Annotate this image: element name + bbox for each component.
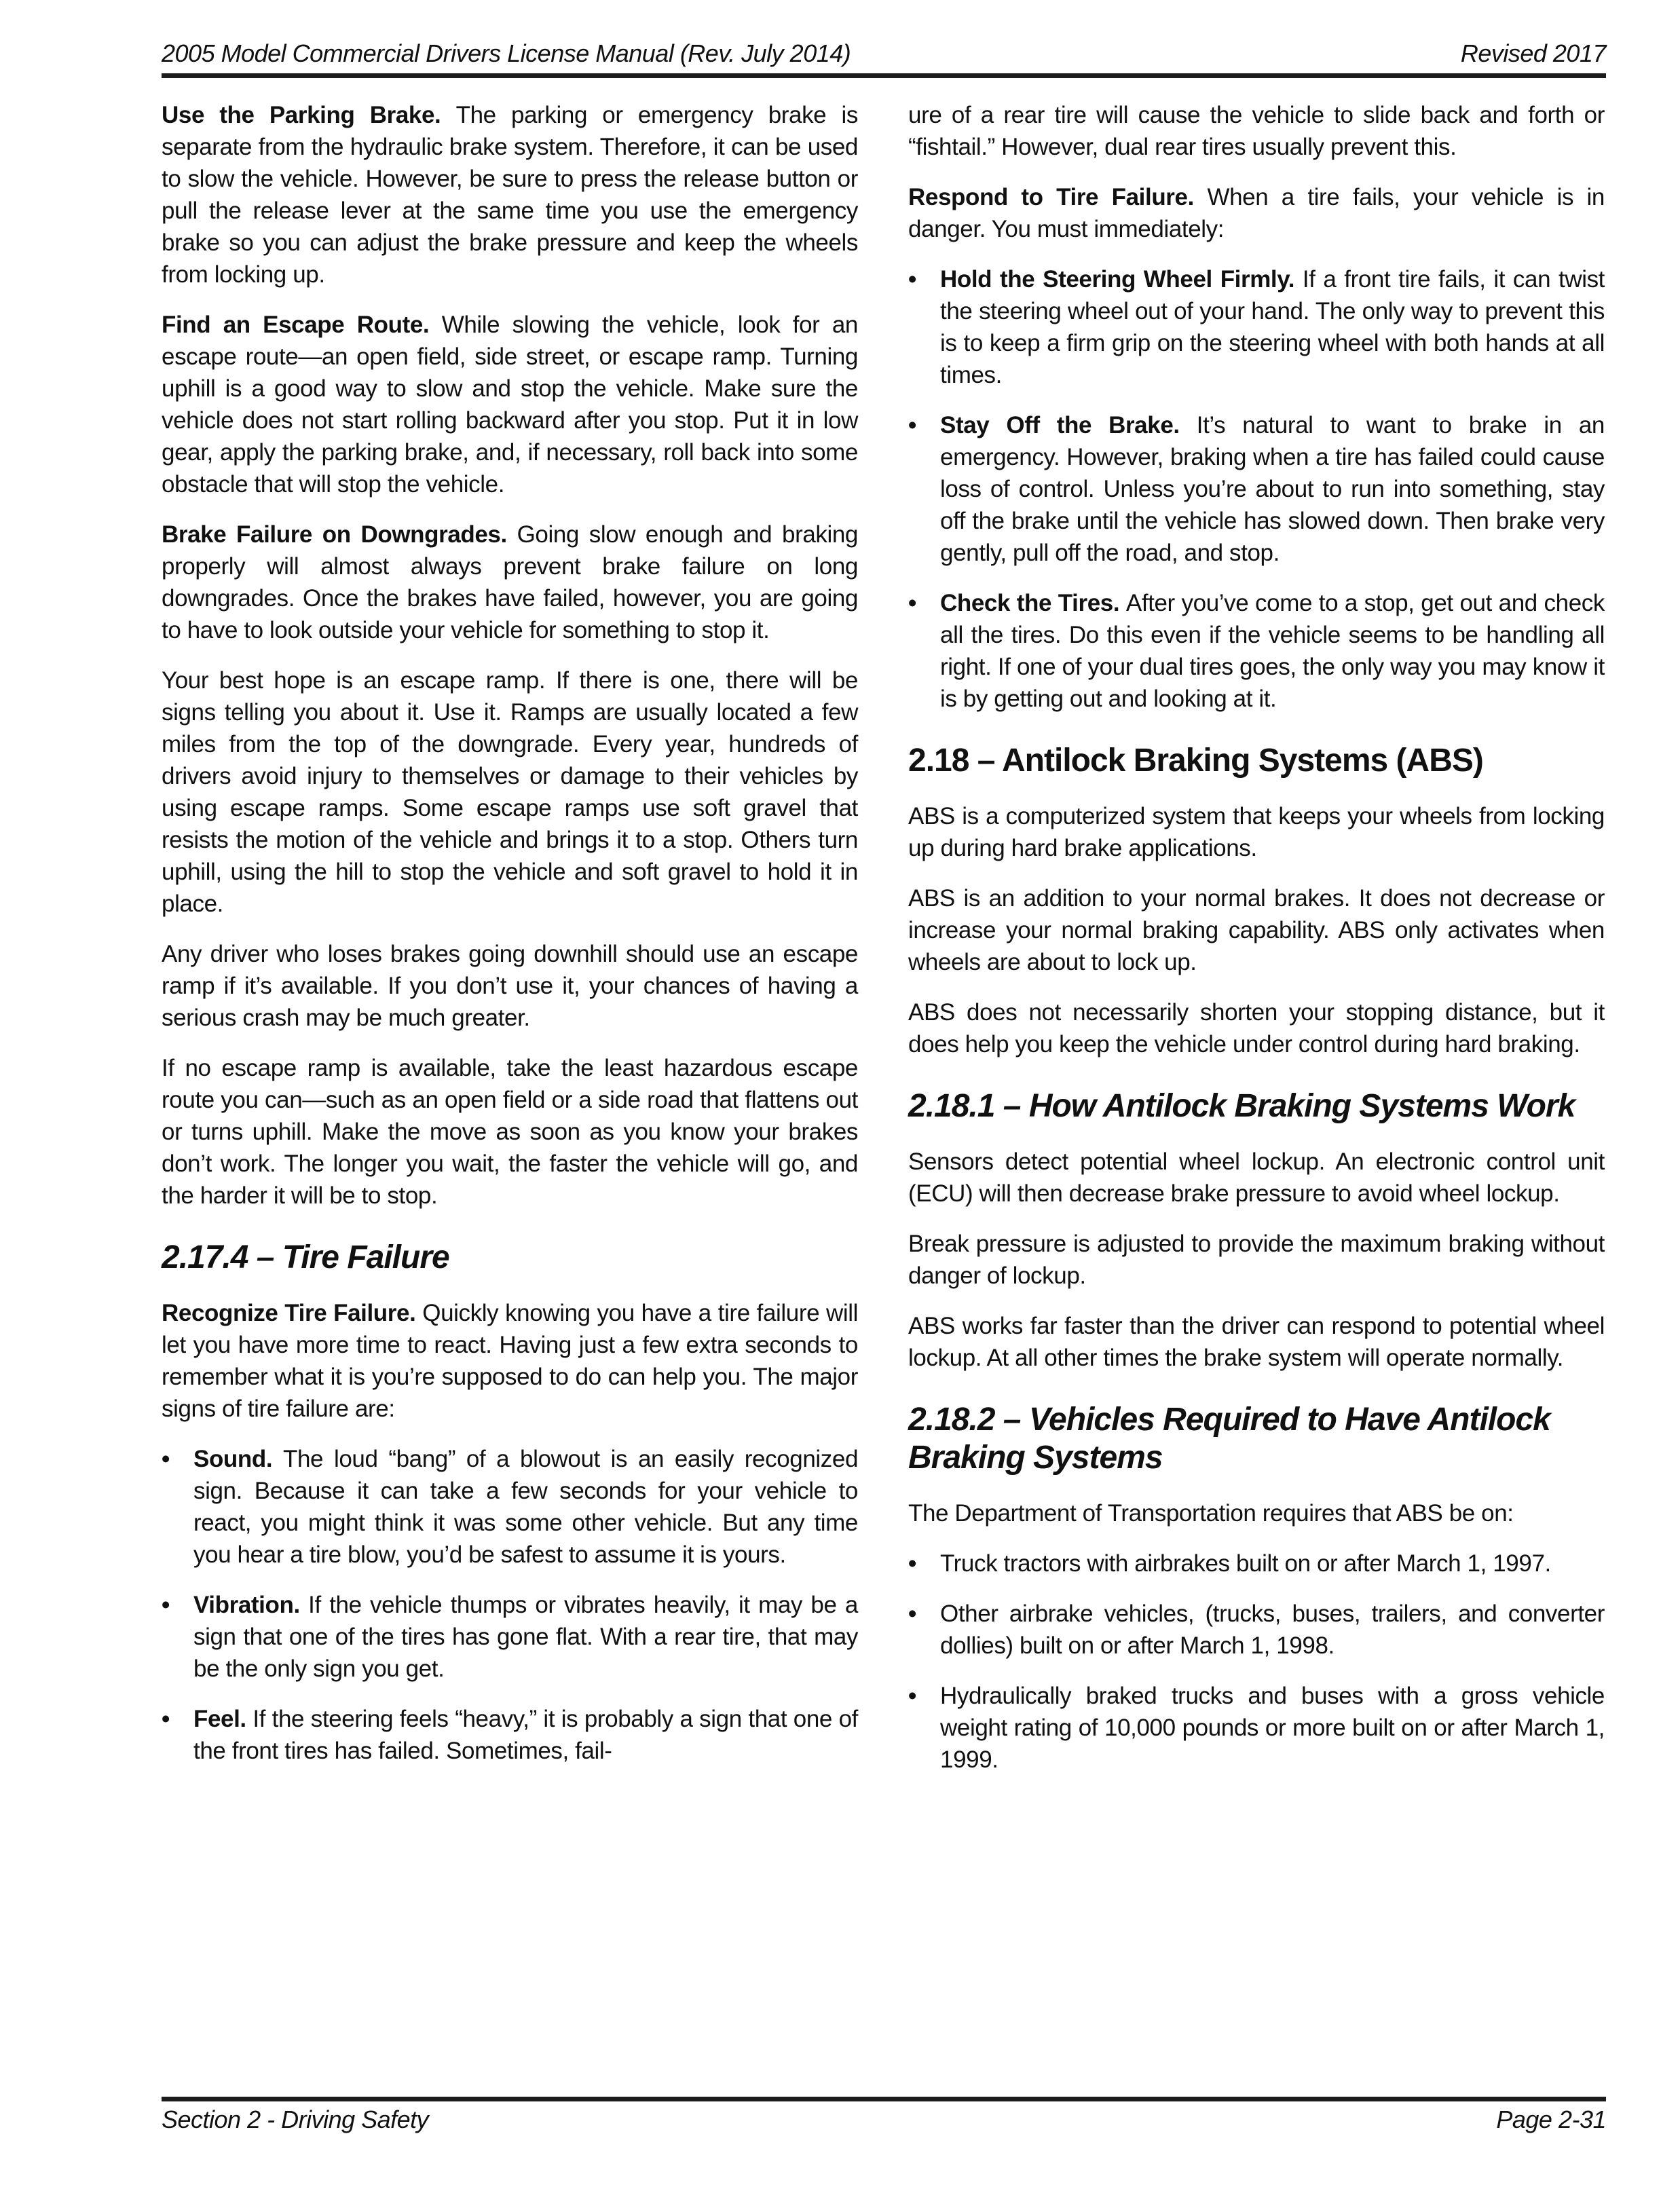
para-any-driver: Any driver who loses brakes going downhi… <box>162 938 858 1034</box>
bullet-item-stay-off-brake: • Stay Off the Brake.It’s natural to wan… <box>908 409 1605 569</box>
page-header: 2005 Model Commercial Drivers License Ma… <box>162 39 1606 68</box>
para-rear-tire-continuation: ure of a rear tire will cause the vehicl… <box>908 99 1605 163</box>
para-lead: Respond to Tire Failure. <box>908 184 1207 210</box>
bullet-lead: Hold the Steering Wheel Firmly. <box>940 266 1303 293</box>
bullet-text: Vibration.If the vehicle thumps or vibra… <box>193 1589 858 1685</box>
bullet-text: Stay Off the Brake.It’s natural to want … <box>940 409 1605 569</box>
bullet-marker: • <box>908 263 940 391</box>
para-lead: Use the Parking Brake. <box>162 102 456 128</box>
bullet-item-feel: • Feel.If the steering feels “heavy,” it… <box>162 1703 858 1767</box>
section-heading-2-18-abs: 2.18 – Antilock Braking Systems (ABS) <box>908 742 1605 780</box>
bullet-body: The loud “bang” of a blowout is an easil… <box>193 1446 858 1568</box>
footer-rule <box>162 2097 1606 2101</box>
bullet-item-truck-tractors: • Truck tractors with airbrakes built on… <box>908 1548 1605 1579</box>
bullet-lead: Check the Tires. <box>940 590 1126 616</box>
footer-left-text: Section 2 - Driving Safety <box>162 2106 428 2134</box>
bullet-lead: Sound. <box>193 1446 283 1472</box>
footer-right-text: Page 2-31 <box>1496 2106 1606 2134</box>
left-column: Use the Parking Brake.The parking or eme… <box>162 99 858 1785</box>
para-best-hope-escape-ramp: Your best hope is an escape ramp. If the… <box>162 665 858 920</box>
para-find-escape-route: Find an Escape Route.While slowing the v… <box>162 309 858 500</box>
header-right-text: Revised 2017 <box>1461 39 1606 68</box>
bullet-marker: • <box>908 1680 940 1776</box>
para-use-parking-brake: Use the Parking Brake.The parking or eme… <box>162 99 858 291</box>
bullet-text: Sound.The loud “bang” of a blowout is an… <box>193 1443 858 1571</box>
bullet-item-check-tires: • Check the Tires.After you’ve come to a… <box>908 587 1605 715</box>
para-brake-failure-downgrades: Brake Failure on Downgrades.Going slow e… <box>162 519 858 646</box>
bullet-marker: • <box>908 409 940 569</box>
section-heading-2-18-1-how-abs-work: 2.18.1 – How Antilock Braking Systems Wo… <box>908 1087 1605 1125</box>
para-no-escape-ramp: If no escape ramp is available, take the… <box>162 1052 858 1212</box>
page-footer: Section 2 - Driving Safety Page 2-31 <box>162 2106 1606 2134</box>
bullet-body: If the steering feels “heavy,” it is pro… <box>193 1706 858 1764</box>
section-heading-2-18-2-vehicles-required: 2.18.2 – Vehicles Required to Have Antil… <box>908 1401 1605 1477</box>
bullet-lead: Feel. <box>193 1706 253 1732</box>
bullet-marker: • <box>908 1548 940 1579</box>
para-lead: Brake Failure on Downgrades. <box>162 521 517 548</box>
para-abs-stopping-distance: ABS does not necessarily shorten your st… <box>908 996 1605 1060</box>
bullet-text: Other airbrake vehicles, (trucks, buses,… <box>940 1598 1605 1662</box>
bullet-text: Hold the Steering Wheel Firmly.If a fron… <box>940 263 1605 391</box>
bullet-marker: • <box>908 587 940 715</box>
bullet-marker: • <box>162 1443 193 1571</box>
bullet-item-hydraulically-braked: • Hydraulically braked trucks and buses … <box>908 1680 1605 1776</box>
bullet-marker: • <box>908 1598 940 1662</box>
para-lead: Find an Escape Route. <box>162 312 442 338</box>
para-text: The parking or emergency brake is separa… <box>162 102 858 288</box>
bullet-text: Truck tractors with airbrakes built on o… <box>940 1548 1605 1579</box>
para-break-pressure: Break pressure is adjusted to provide th… <box>908 1228 1605 1292</box>
para-recognize-tire-failure: Recognize Tire Failure.Quickly knowing y… <box>162 1297 858 1425</box>
para-sensors-detect: Sensors detect potential wheel lockup. A… <box>908 1146 1605 1210</box>
bullet-item-vibration: • Vibration.If the vehicle thumps or vib… <box>162 1589 858 1685</box>
bullet-item-hold-steering-wheel: • Hold the Steering Wheel Firmly.If a fr… <box>908 263 1605 391</box>
bullet-item-other-airbrake-vehicles: • Other airbrake vehicles, (trucks, buse… <box>908 1598 1605 1662</box>
bullet-text: Hydraulically braked trucks and buses wi… <box>940 1680 1605 1776</box>
bullet-lead: Stay Off the Brake. <box>940 412 1197 438</box>
para-lead: Recognize Tire Failure. <box>162 1300 422 1326</box>
bullet-marker: • <box>162 1589 193 1685</box>
para-abs-computerized: ABS is a computerized system that keeps … <box>908 800 1605 864</box>
para-abs-addition: ABS is an addition to your normal brakes… <box>908 882 1605 978</box>
section-heading-2-17-4-tire-failure: 2.17.4 – Tire Failure <box>162 1239 858 1277</box>
para-text: While slowing the vehicle, look for an e… <box>162 312 858 498</box>
para-abs-works-faster: ABS works far faster than the driver can… <box>908 1310 1605 1374</box>
bullet-text: Feel.If the steering feels “heavy,” it i… <box>193 1703 858 1767</box>
bullet-lead: Vibration. <box>193 1592 308 1618</box>
header-rule <box>162 73 1606 78</box>
header-left-text: 2005 Model Commercial Drivers License Ma… <box>162 39 851 68</box>
bullet-marker: • <box>162 1703 193 1767</box>
right-column: ure of a rear tire will cause the vehicl… <box>908 99 1605 1794</box>
bullet-item-sound: • Sound.The loud “bang” of a blowout is … <box>162 1443 858 1571</box>
para-dot-requires-abs: The Department of Transportation require… <box>908 1497 1605 1529</box>
bullet-text: Check the Tires.After you’ve come to a s… <box>940 587 1605 715</box>
para-respond-tire-failure: Respond to Tire Failure.When a tire fail… <box>908 181 1605 245</box>
